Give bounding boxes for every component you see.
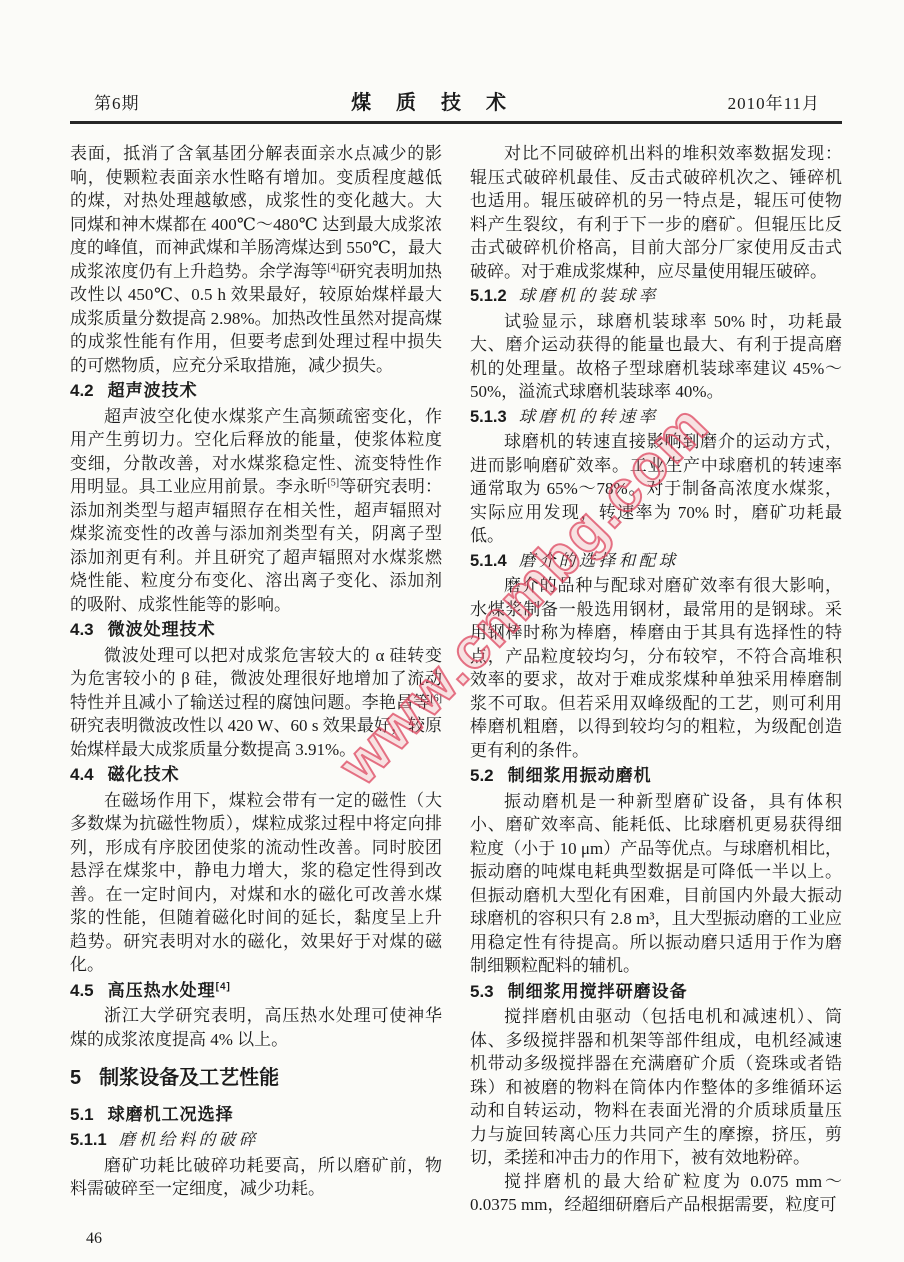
heading-title: 球磨机的转速率 [519,407,659,426]
section-heading-5.3: 5.3制细浆用搅拌研磨设备 [470,980,842,1004]
heading-number: 5.2 [470,766,494,785]
heading-title: 高压热水处理 [108,981,216,1000]
section-heading-5.1: 5.1球磨机工况选择 [70,1103,442,1127]
paragraph: 对比不同破碎机出料的堆积效率数据发现：辊压式破碎机最佳、反击式破碎机次之、锤碎机… [470,142,842,283]
section-heading-5.1.3: 5.1.3球磨机的转速率 [470,405,842,430]
heading-title: 磁化技术 [108,765,180,784]
two-column-body: 表面，抵消了含氧基团分解表面亲水点减少的影响，使颗粒表面亲水性略有增加。变质程度… [70,142,842,1217]
heading-number: 5.1.2 [470,287,507,305]
paragraph: 表面，抵消了含氧基团分解表面亲水点减少的影响，使颗粒表面亲水性略有增加。变质程度… [70,142,442,377]
paragraph: 球磨机的转速直接影响到磨介的运动方式，进而影响磨矿效率。工业生产中球磨机的转速率… [470,430,842,548]
issue-number: 第6期 [94,89,140,114]
section-heading-5: 5制浆设备及工艺性能 [70,1067,442,1091]
paragraph: 试验显示，球磨机装球率 50% 时，功耗最大、磨介运动获得的能量也最大、有利于提… [470,310,842,404]
heading-number: 5.1.1 [70,1131,107,1149]
heading-title: 球磨机工况选择 [108,1105,234,1124]
paragraph: 振动磨机是一种新型磨矿设备，具有体积小、磨矿效率高、能耗低、比球磨机更易获得细粒… [470,790,842,978]
heading-number: 4.5 [70,981,94,1000]
paragraph: 超声波空化使水煤浆产生高频疏密变化，作用产生剪切力。空化后释放的能量，使浆体粒度… [70,405,442,617]
reference-superscript: [5] [327,477,339,488]
heading-title: 制浆设备及工艺性能 [99,1067,279,1089]
section-heading-5.1.1: 5.1.1磨机给料的破碎 [70,1128,442,1153]
reference-superscript: [6] [430,693,442,704]
heading-title: 制细浆用振动磨机 [508,766,652,785]
section-heading-4.2: 4.2超声波技术 [70,379,442,403]
heading-number: 4.4 [70,765,94,784]
section-heading-5.2: 5.2制细浆用振动磨机 [470,764,842,788]
heading-number: 4.2 [70,381,94,400]
journal-page: 第6期 煤 质 技 术 2010年11月 表面，抵消了含氧基团分解表面亲水点减少… [0,0,904,1262]
section-heading-5.1.4: 5.1.4磨介的选择和配球 [470,549,842,574]
section-heading-4.4: 4.4磁化技术 [70,763,442,787]
heading-number: 5.3 [470,982,494,1001]
right-column: 对比不同破碎机出料的堆积效率数据发现：辊压式破碎机最佳、反击式破碎机次之、锤碎机… [470,142,842,1217]
paragraph: 磨介的品种与配球对磨矿效率有很大影响，水煤浆制备一般选用钢材，最常用的是钢球。采… [470,574,842,762]
heading-number: 5.1.4 [470,552,507,570]
paragraph: 微波处理可以把对成浆危害较大的 α 硅转变为危害较小的 β 硅，微波处理很好地增… [70,644,442,762]
paragraph: 搅拌磨机的最大给矿粒度为 0.075 mm～0.0375 mm，经超细研磨后产品… [470,1170,842,1217]
heading-number: 5.1.3 [470,408,507,426]
page-number: 46 [86,1230,102,1248]
heading-title: 磨介的选择和配球 [519,551,679,570]
heading-number: 4.3 [70,620,94,639]
page-header: 第6期 煤 质 技 术 2010年11月 [70,0,842,124]
heading-title: 超声波技术 [108,381,198,400]
paragraph: 在磁场作用下，煤粒会带有一定的磁性（大多数煤为抗磁性物质），煤粒成浆过程中将定向… [70,789,442,977]
heading-title: 制细浆用搅拌研磨设备 [508,982,688,1001]
heading-number: 5.1 [70,1105,94,1124]
paragraph: 搅拌磨机由驱动（包括电机和减速机）、筒体、多级搅拌器和机架等部件组成，电机经减速… [470,1005,842,1170]
left-column: 表面，抵消了含氧基团分解表面亲水点减少的影响，使颗粒表面亲水性略有增加。变质程度… [70,142,442,1217]
reference-superscript: [4] [216,981,231,992]
heading-title: 球磨机的装球率 [519,286,659,305]
heading-title: 微波处理技术 [108,620,216,639]
section-heading-4.5: 4.5高压热水处理[4] [70,979,442,1003]
reference-superscript: [4] [327,262,339,273]
paragraph: 磨矿功耗比破碎功耗要高，所以磨矿前，物料需破碎至一定细度，减少功耗。 [70,1154,442,1201]
heading-title: 磨机给料的破碎 [119,1130,259,1149]
section-heading-5.1.2: 5.1.2球磨机的装球率 [470,284,842,309]
publication-date: 2010年11月 [728,89,820,114]
journal-title: 煤 质 技 术 [351,86,516,115]
heading-number: 5 [70,1067,81,1089]
section-heading-4.3: 4.3微波处理技术 [70,618,442,642]
paragraph: 浙江大学研究表明，高压热水处理可使神华煤的成浆浓度提高 4% 以上。 [70,1004,442,1051]
